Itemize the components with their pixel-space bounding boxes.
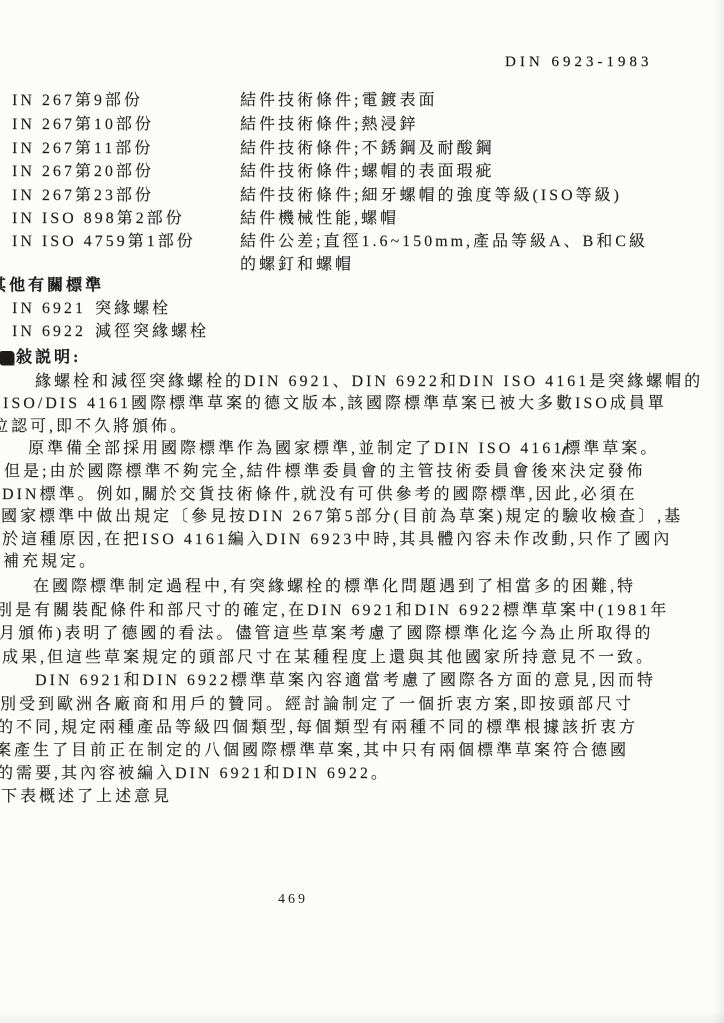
- standard-ref: IN ISO 4759第1部份: [12, 233, 196, 251]
- standard-ref: IN 267第11部份: [12, 140, 153, 158]
- standard-desc: 結件機械性能,螺帽: [240, 210, 399, 228]
- body-line: 成果,但這些草案規定的頭部尺寸在某種程度上還與其他國家所持意見不一致。: [2, 649, 655, 667]
- body-line: 位認可,即不久將頒佈。: [0, 418, 189, 436]
- related-standard-ref: IN 6921: [12, 300, 86, 318]
- standard-desc: 結件技術條件;熱浸鋅: [240, 116, 418, 134]
- standard-desc: 結件技術條件;細牙螺帽的強度等級(ISO等級): [240, 187, 622, 205]
- related-standard-desc: 減徑突緣螺栓: [95, 323, 209, 341]
- body-line: 的需要,其內容被編入DIN 6921和DIN 6922。: [0, 765, 390, 783]
- body-line: 下表概述了上述意見: [1, 788, 172, 806]
- standard-desc: 結件技術條件;螺帽的表面瑕疵: [240, 163, 494, 181]
- standard-desc: 結件技術條件;電鍍表面: [240, 92, 437, 110]
- standard-desc-continued: 的螺釘和螺帽: [240, 256, 354, 274]
- body-line: 於這種原因,在把ISO 4161編入DIN 6923中時,其具體內容未作改動,只…: [2, 531, 672, 549]
- body-line: 國家標準中做出規定〔參見按DIN 267第5部分(目前為草案)規定的驗收檢查〕,…: [1, 508, 683, 526]
- related-standard-ref: IN 6922: [12, 323, 86, 341]
- body-line: 六月頒佈)表明了德國的看法。儘管這些草案考慮了國際標準化迄今為止所取得的: [0, 625, 653, 643]
- standard-desc: 結件技術條件;不銹鋼及耐酸鋼: [240, 140, 494, 158]
- scan-edge-shadow-bottom: [0, 1011, 724, 1023]
- standard-ref: IN 267第10部份: [12, 116, 154, 134]
- body-line: 補充規定。: [3, 553, 98, 571]
- standard-ref: IN 267第9部份: [12, 92, 143, 110]
- body-line: 案產生了目前正在制定的八個國際標準草案,其中只有兩個標準草案符合德國: [0, 742, 629, 760]
- page-number: 469: [278, 892, 308, 908]
- standard-ref: IN ISO 898第2部份: [12, 210, 185, 228]
- body-line: 但是;由於國際標準不夠完全,結件標準委員會的主管技術委員會後來決定發佈: [4, 463, 645, 481]
- body-line: 的不同,規定兩種產品等級四個類型,每個類型有兩種不同的標準根據該折衷方: [0, 719, 638, 737]
- standard-desc: 結件公差;直徑1.6~150mm,產品等級A、B和C級: [240, 233, 648, 251]
- related-standard-desc: 突緣螺栓: [95, 300, 171, 318]
- body-line: 別是有關裝配條件和部尺寸的確定,在DIN 6921和DIN 6922標準草案中(…: [0, 602, 669, 620]
- document-number: DIN 6923-1983: [505, 54, 652, 71]
- body-line: DIN 6921和DIN 6922標準草案內容適當考慮了國際各方面的意見,因而特: [35, 672, 656, 690]
- standard-ref: IN 267第20部份: [12, 163, 154, 181]
- body-line: 緣螺栓和減徑突緣螺栓的DIN 6921、DIN 6922和DIN ISO 416…: [35, 373, 703, 391]
- body-line: 在國際標準制定過程中,有突緣螺栓的標準化問題遇到了相當多的困難,特: [33, 578, 636, 596]
- body-line: DIN標準。例如,關於交貨技術條件,就没有可供參考的國際標準,因此,必須在: [2, 486, 637, 504]
- related-standards-heading: 其他有關標準: [0, 277, 104, 295]
- document-page: DIN 6923-1983 IN 267第9部份 結件技術條件;電鍍表面 IN …: [0, 0, 724, 1023]
- body-line: 別受到歐洲各廠商和用戶的贊同。經討論制定了一個折衷方案,即按頭部尺寸: [0, 696, 634, 714]
- standard-ref: IN 267第23部份: [12, 187, 154, 205]
- illegible-character-smudge: [0, 351, 14, 365]
- scan-edge-shadow-right: [712, 0, 724, 1023]
- notes-heading: 敍説明:: [16, 349, 81, 367]
- body-line: ISO/DIS 4161國際標準草案的德文版本,該國際標準草案已被大多數ISO成…: [3, 395, 667, 413]
